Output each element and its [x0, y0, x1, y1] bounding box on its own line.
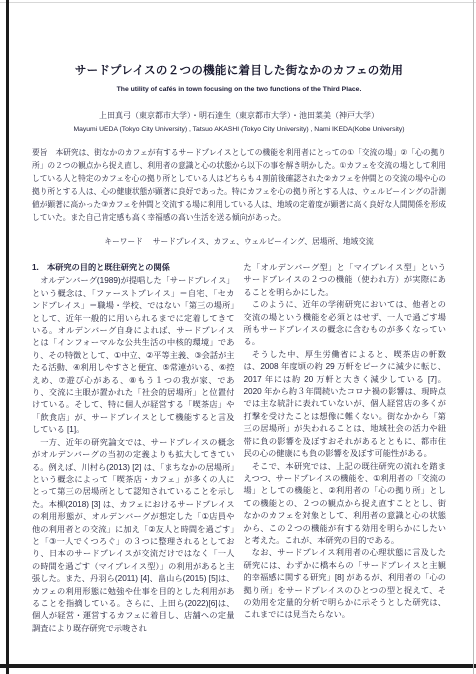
- abstract-label: 要旨: [32, 148, 47, 157]
- paper-title-en: The utility of cafés in town focusing on…: [32, 86, 446, 93]
- scan-edge-right: [473, 0, 474, 674]
- keywords-label: キーワード: [104, 237, 142, 246]
- left-paragraph-1: オルデンバーグ(1989)が提唱した「サードプレイス」という概念は、「ファースト…: [32, 275, 235, 436]
- scan-edge-top: [0, 2, 476, 3]
- body-columns: 1. 本研究の目的と既往研究との関係 オルデンバーグ(1989)が提唱した「サー…: [32, 262, 446, 635]
- keywords-line: キーワードサードプレイス、カフェ、ウェルビーイング、居場所、地域交流: [32, 236, 446, 247]
- scan-edge-left: [6, 0, 9, 674]
- paper-title-ja: サードプレイスの２つの機能に着目した街なかのカフェの効用: [32, 62, 446, 78]
- scan-edge-bottom: [0, 664, 476, 668]
- right-paragraph-5: なお、サードプレイス利用者の心理状態に言及した研究には、わずかに橋本らの「サード…: [244, 547, 447, 621]
- abstract-text: 本研究は、街なかのカフェが有するサードプレイスとしての機能を利用者にとっての①「…: [32, 148, 446, 222]
- right-paragraph-4: そこで、本研究では、上記の既往研究の流れを踏まえつつ、サードプレイスの機能を、①…: [244, 461, 447, 548]
- paper-page: サードプレイスの２つの機能に着目した街なかのカフェの効用 The utility…: [32, 62, 446, 635]
- right-paragraph-3: そうした中、厚生労働省によると、喫茶店の軒数は、2008 年度頃の約 29 万軒…: [244, 349, 447, 461]
- left-paragraph-2: 一方、近年の研究論文では、サードプレイスの概念がオルデンバーグの当初の定義よりも…: [32, 437, 235, 636]
- left-column: 1. 本研究の目的と既往研究との関係 オルデンバーグ(1989)が提唱した「サー…: [32, 262, 235, 635]
- authors-en: Mayumi UEDA (Tokyo City University) , Ta…: [32, 126, 446, 133]
- authors-ja: 上田真弓（東京都市大学）・明石達生（東京都市大学）・池田菜美（神戸大学）: [32, 110, 446, 121]
- section1-heading: 1. 本研究の目的と既往研究との関係: [32, 262, 235, 274]
- right-paragraph-1: た「オルデンバーグ型」と「マイプレイス型」というサードプレイスの２つの機能（使わ…: [244, 262, 447, 299]
- right-column: た「オルデンバーグ型」と「マイプレイス型」というサードプレイスの２つの機能（使わ…: [244, 262, 447, 635]
- keywords-text: サードプレイス、カフェ、ウェルビーイング、居場所、地域交流: [153, 237, 374, 246]
- right-paragraph-2: このように、近年の学術研究においては、他者との交流の場という機能を必須とはせず、…: [244, 299, 447, 349]
- abstract: 要旨本研究は、街なかのカフェが有するサードプレイスとしての機能を利用者にとっての…: [32, 146, 446, 224]
